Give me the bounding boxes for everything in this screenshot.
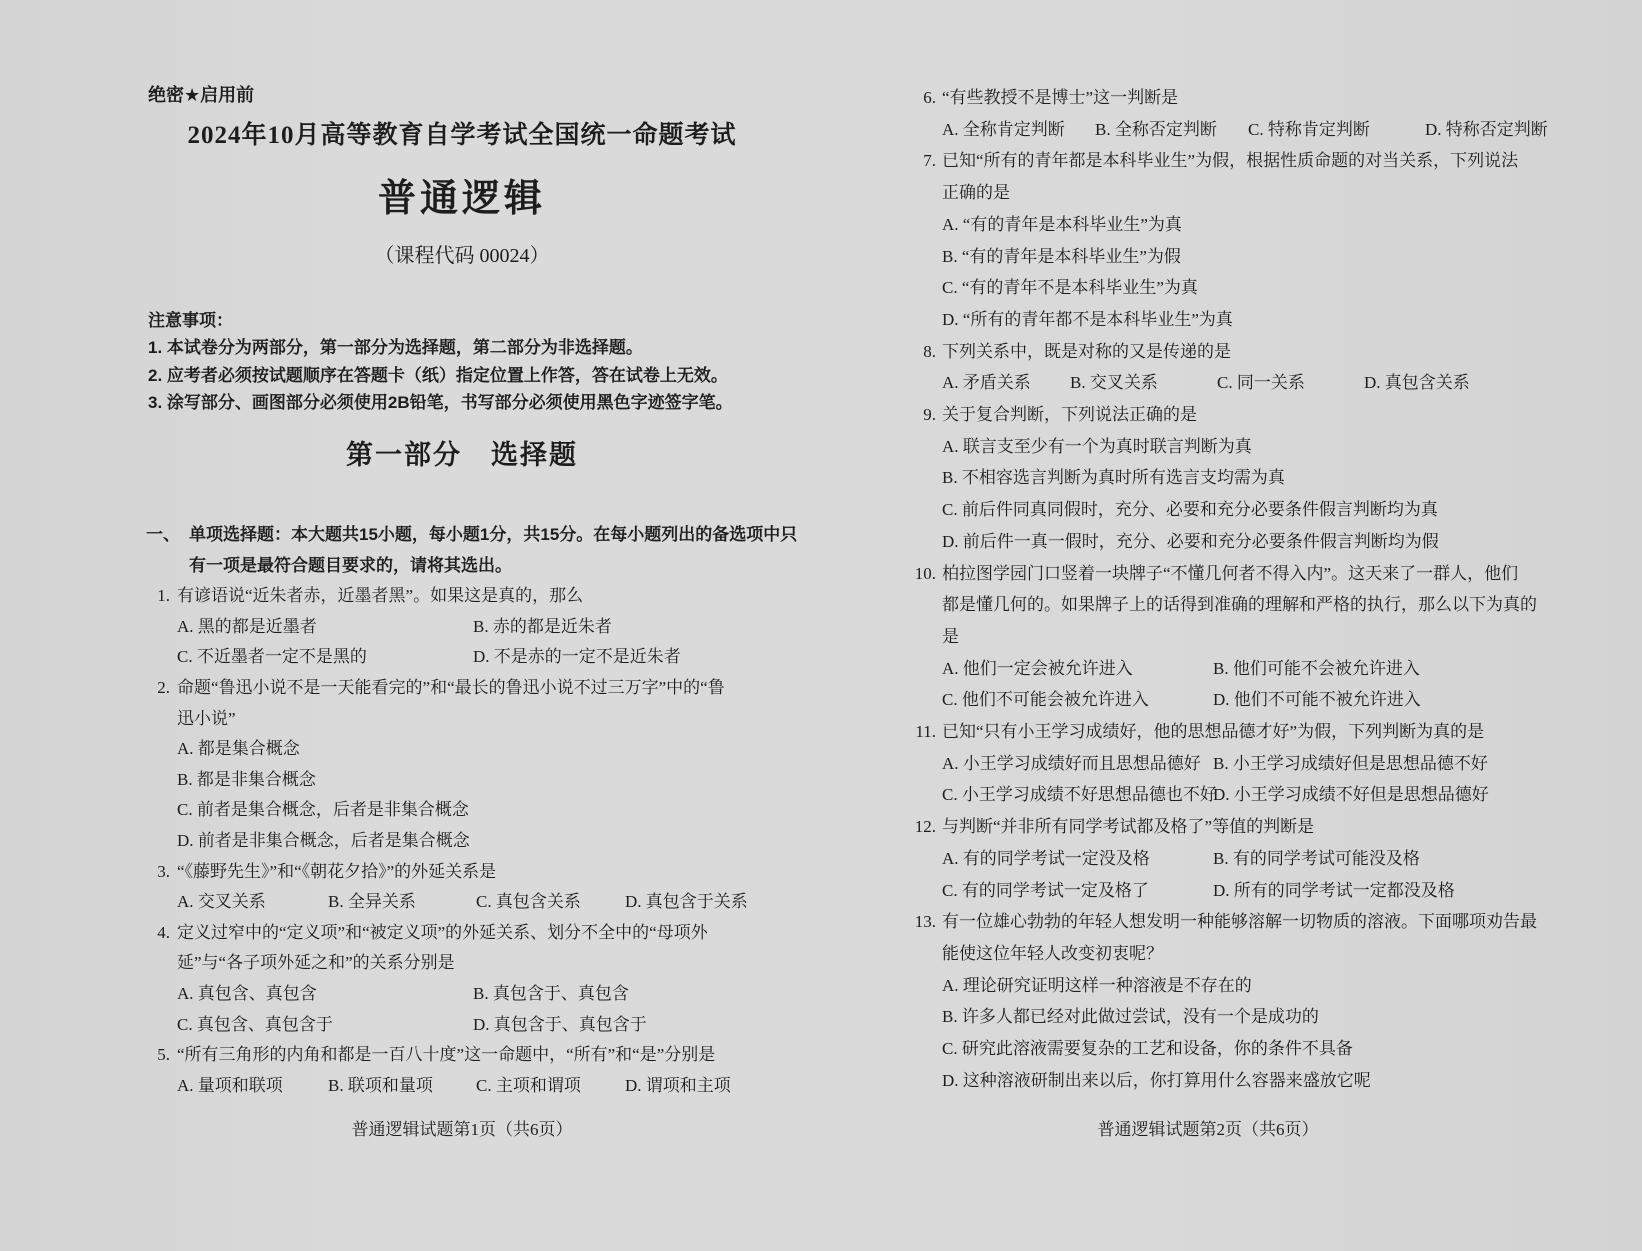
option: A. “有的青年是本科毕业生”为真 — [942, 209, 1508, 241]
option: C. 研究此溶液需要复杂的工艺和设备，你的条件不具备 — [942, 1033, 1508, 1065]
question: 4.定义过窄中的“定义项”和“被定义项”的外延关系、划分不全中的“母项外延”与“… — [146, 918, 778, 1040]
option: D. 这种溶液研制出来以后，你打算用什么容器来盛放它呢 — [942, 1065, 1508, 1097]
option: D. 小王学习成绩不好但是思想品德好 — [1213, 779, 1508, 811]
question-body: 柏拉图学园门口竖着一块牌子“不懂几何者不得入内”。这天来了一群人，他们都是懂几何… — [942, 558, 1508, 717]
notice-item: 2. 应考者必须按试题顺序在答题卡（纸）指定位置上作答，答在试卷上无效。 — [148, 362, 733, 389]
option-row: A. 理论研究证明这样一种溶液是不存在的B. 许多人都已经对此做过尝试，没有一个… — [942, 970, 1508, 1097]
course-code: （课程代码 00024） — [146, 240, 778, 272]
question-line: 能使这位年轻人改变初衷呢？ — [942, 938, 1508, 970]
option: D. 真包含于关系 — [625, 887, 778, 918]
option: A. 小王学习成绩好而且思想品德好 — [942, 748, 1213, 780]
option: B. 有的同学考试可能没及格 — [1213, 843, 1508, 875]
option: A. 都是集合概念 — [177, 734, 778, 765]
question-body: 与判断“并非所有同学考试都及格了”等值的判断是A. 有的同学考试一定没及格B. … — [942, 811, 1508, 906]
option: D. 真包含关系 — [1364, 367, 1508, 399]
question-line: 是 — [942, 621, 1508, 653]
question: 6.“有些教授不是博士”这一判断是A. 全称肯定判断B. 全称否定判断C. 特称… — [908, 82, 1508, 145]
question: 3.“《藤野先生》”和“《朝花夕拾》”的外延关系是A. 交叉关系B. 全异关系C… — [146, 857, 778, 918]
option: A. 量项和联项 — [177, 1071, 328, 1102]
option: C. 小王学习成绩不好思想品德也不好 — [942, 779, 1213, 811]
questions-right: 6.“有些教授不是博士”这一判断是A. 全称肯定判断B. 全称否定判断C. 特称… — [908, 82, 1508, 1097]
option-row: A. 矛盾关系B. 交叉关系C. 同一关系D. 真包含关系 — [942, 367, 1508, 399]
notice-item: 3. 涂写部分、画图部分必须使用2B铅笔，书写部分必须使用黑色字迹签字笔。 — [148, 389, 733, 416]
option: C. 主项和谓项 — [476, 1071, 625, 1102]
option: A. 真包含、真包含 — [177, 979, 473, 1010]
scanned-exam-paper: { "colors": { "background": "#d8d8d8", "… — [0, 0, 1642, 1251]
option: B. 全称否定判断 — [1095, 114, 1248, 146]
option: D. 前者是非集合概念，后者是集合概念 — [177, 826, 778, 857]
option: C. 特称肯定判断 — [1248, 114, 1425, 146]
question: 9.关于复合判断，下列说法正确的是A. 联言支至少有一个为真时联言判断为真B. … — [908, 399, 1508, 558]
option: B. 都是非集合概念 — [177, 765, 778, 796]
part-one-heading: 第一部分 选择题 — [146, 437, 778, 473]
question-line: 延”与“各子项外延之和”的关系分别是 — [177, 948, 778, 979]
question-line: 已知“所有的青年都是本科毕业生”为假，根据性质命题的对当关系，下列说法 — [942, 145, 1508, 177]
section-intro-line: 有一项是最符合题目要求的，请将其选出。 — [189, 551, 797, 582]
question-body: 关于复合判断，下列说法正确的是A. 联言支至少有一个为真时联言判断为真B. 不相… — [942, 399, 1508, 558]
option: C. “有的青年不是本科毕业生”为真 — [942, 272, 1508, 304]
question-body: 有一位雄心勃勃的年轻人想发明一种能够溶解一切物质的溶液。下面哪项劝告最能使这位年… — [942, 906, 1508, 1096]
question-line: 迅小说” — [177, 704, 778, 735]
question-line: 命题“鲁迅小说不是一天能看完的”和“最长的鲁迅小说不过三万字”中的“鲁 — [177, 673, 778, 704]
question-body: 下列关系中，既是对称的又是传递的是A. 矛盾关系B. 交叉关系C. 同一关系D.… — [942, 336, 1508, 399]
option-row: C. 小王学习成绩不好思想品德也不好D. 小王学习成绩不好但是思想品德好 — [942, 779, 1508, 811]
question-number: 11. — [908, 716, 942, 811]
question-body: 有谚语说“近朱者赤，近墨者黑”。如果这是真的，那么A. 黑的都是近墨者B. 赤的… — [177, 581, 778, 673]
question-number: 5. — [146, 1040, 177, 1101]
option: B. 小王学习成绩好但是思想品德不好 — [1213, 748, 1508, 780]
option-row: C. 他们不可能会被允许进入D. 他们不可能不被允许进入 — [942, 684, 1508, 716]
option: B. 不相容选言判断为真时所有选言支均需为真 — [942, 462, 1508, 494]
notice-heading: 注意事项： — [148, 307, 733, 334]
option: C. 有的同学考试一定及格了 — [942, 875, 1213, 907]
option: D. 前后件一真一假时，充分、必要和充分必要条件假言判断均为假 — [942, 526, 1508, 558]
option-row: C. 真包含、真包含于D. 真包含于、真包含于 — [177, 1010, 778, 1041]
question: 1.有谚语说“近朱者赤，近墨者黑”。如果这是真的，那么A. 黑的都是近墨者B. … — [146, 581, 778, 673]
option-row: A. 黑的都是近墨者B. 赤的都是近朱者 — [177, 612, 778, 643]
page-1: 绝密★启用前 2024年10月高等教育自学考试全国统一命题考试 普通逻辑 （课程… — [146, 0, 778, 1251]
question-body: “《藤野先生》”和“《朝花夕拾》”的外延关系是A. 交叉关系B. 全异关系C. … — [177, 857, 778, 918]
option: A. 他们一定会被允许进入 — [942, 653, 1213, 685]
option-row: C. 不近墨者一定不是黑的D. 不是赤的一定不是近朱者 — [177, 642, 778, 673]
question-body: “所有三角形的内角和都是一百八十度”这一命题中，“所有”和“是”分别是A. 量项… — [177, 1040, 778, 1101]
question-number: 8. — [908, 336, 942, 399]
question-number: 10. — [908, 558, 942, 717]
option-row: A. 量项和联项B. 联项和量项C. 主项和谓项D. 谓项和主项 — [177, 1071, 778, 1102]
question: 8.下列关系中，既是对称的又是传递的是A. 矛盾关系B. 交叉关系C. 同一关系… — [908, 336, 1508, 399]
question-body: 已知“只有小王学习成绩好，他的思想品德才好”为假，下列判断为真的是A. 小王学习… — [942, 716, 1508, 811]
notice-block: 注意事项： 1. 本试卷分为两部分，第一部分为选择题，第二部分为非选择题。 2.… — [148, 307, 733, 417]
page-footer: 普通逻辑试题第1页（共6页） — [146, 1116, 778, 1144]
question-line: “所有三角形的内角和都是一百八十度”这一命题中，“所有”和“是”分别是 — [177, 1040, 778, 1071]
question-list: 6.“有些教授不是博士”这一判断是A. 全称肯定判断B. 全称否定判断C. 特称… — [908, 82, 1508, 1097]
option: D. 所有的同学考试一定都没及格 — [1213, 875, 1508, 907]
option: A. 矛盾关系 — [942, 367, 1070, 399]
question: 11.已知“只有小王学习成绩好，他的思想品德才好”为假，下列判断为真的是A. 小… — [908, 716, 1508, 811]
question: 12.与判断“并非所有同学考试都及格了”等值的判断是A. 有的同学考试一定没及格… — [908, 811, 1508, 906]
option: B. 交叉关系 — [1070, 367, 1217, 399]
question-list: 1.有谚语说“近朱者赤，近墨者黑”。如果这是真的，那么A. 黑的都是近墨者B. … — [146, 581, 778, 1101]
question: 13.有一位雄心勃勃的年轻人想发明一种能够溶解一切物质的溶液。下面哪项劝告最能使… — [908, 906, 1508, 1096]
option: B. 真包含于、真包含 — [473, 979, 778, 1010]
option: C. 真包含、真包含于 — [177, 1010, 473, 1041]
option: C. 前后件同真同假时，充分、必要和充分必要条件假言判断均为真 — [942, 494, 1508, 526]
option-row: A. 有的同学考试一定没及格B. 有的同学考试可能没及格 — [942, 843, 1508, 875]
question-line: 关于复合判断，下列说法正确的是 — [942, 399, 1508, 431]
option-row: A. 交叉关系B. 全异关系C. 真包含关系D. 真包含于关系 — [177, 887, 778, 918]
question-number: 2. — [146, 673, 177, 857]
option-row: A. 都是集合概念B. 都是非集合概念C. 前者是集合概念，后者是非集合概念D.… — [177, 734, 778, 856]
question-line: 有谚语说“近朱者赤，近墨者黑”。如果这是真的，那么 — [177, 581, 778, 612]
option: D. 真包含于、真包含于 — [473, 1010, 778, 1041]
question-line: 与判断“并非所有同学考试都及格了”等值的判断是 — [942, 811, 1508, 843]
option: A. 有的同学考试一定没及格 — [942, 843, 1213, 875]
option: A. 交叉关系 — [177, 887, 328, 918]
question-number: 3. — [146, 857, 177, 918]
exam-title: 2024年10月高等教育自学考试全国统一命题考试 — [146, 118, 778, 154]
option-row: A. 真包含、真包含B. 真包含于、真包含 — [177, 979, 778, 1010]
question-number: 9. — [908, 399, 942, 558]
question: 2.命题“鲁迅小说不是一天能看完的”和“最长的鲁迅小说不过三万字”中的“鲁迅小说… — [146, 673, 778, 857]
question: 5.“所有三角形的内角和都是一百八十度”这一命题中，“所有”和“是”分别是A. … — [146, 1040, 778, 1101]
option-row: A. 他们一定会被允许进入B. 他们可能不会被允许进入 — [942, 653, 1508, 685]
section-intro-body: 单项选择题：本大题共15小题，每小题1分，共15分。在每小题列出的备选项中只 有… — [189, 520, 797, 581]
question-line: 都是懂几何的。如果牌子上的话得到准确的理解和严格的执行，那么以下为真的 — [942, 589, 1508, 621]
option-row: C. 有的同学考试一定及格了D. 所有的同学考试一定都没及格 — [942, 875, 1508, 907]
option: D. “所有的青年都不是本科毕业生”为真 — [942, 304, 1508, 336]
option: D. 不是赤的一定不是近朱者 — [473, 642, 778, 673]
section-intro-line: 单项选择题：本大题共15小题，每小题1分，共15分。在每小题列出的备选项中只 — [189, 520, 797, 551]
notice-item: 1. 本试卷分为两部分，第一部分为选择题，第二部分为非选择题。 — [148, 334, 733, 361]
option: C. 同一关系 — [1217, 367, 1364, 399]
section-intro-number: 一、 — [146, 520, 189, 581]
option: D. 特称否定判断 — [1425, 114, 1548, 146]
option: B. 赤的都是近朱者 — [473, 612, 778, 643]
option-row: A. 小王学习成绩好而且思想品德好B. 小王学习成绩好但是思想品德不好 — [942, 748, 1508, 780]
question-body: 命题“鲁迅小说不是一天能看完的”和“最长的鲁迅小说不过三万字”中的“鲁迅小说”A… — [177, 673, 778, 857]
option-row: A. “有的青年是本科毕业生”为真B. “有的青年是本科毕业生”为假C. “有的… — [942, 209, 1508, 336]
question-line: 定义过窄中的“定义项”和“被定义项”的外延关系、划分不全中的“母项外 — [177, 918, 778, 949]
option: D. 谓项和主项 — [625, 1071, 778, 1102]
question-number: 13. — [908, 906, 942, 1096]
secret-label: 绝密★启用前 — [148, 84, 254, 106]
option: A. 联言支至少有一个为真时联言判断为真 — [942, 431, 1508, 463]
section-intro: 一、 单项选择题：本大题共15小题，每小题1分，共15分。在每小题列出的备选项中… — [146, 520, 778, 581]
option: B. 他们可能不会被允许进入 — [1213, 653, 1508, 685]
option: A. 黑的都是近墨者 — [177, 612, 473, 643]
question-number: 6. — [908, 82, 942, 145]
question-line: 下列关系中，既是对称的又是传递的是 — [942, 336, 1508, 368]
option: C. 他们不可能会被允许进入 — [942, 684, 1213, 716]
question-number: 4. — [146, 918, 177, 1040]
question-number: 1. — [146, 581, 177, 673]
option: A. 理论研究证明这样一种溶液是不存在的 — [942, 970, 1508, 1002]
question-line: 已知“只有小王学习成绩好，他的思想品德才好”为假，下列判断为真的是 — [942, 716, 1508, 748]
question-line: “有些教授不是博士”这一判断是 — [942, 82, 1508, 114]
option: D. 他们不可能不被允许进入 — [1213, 684, 1508, 716]
option: B. 全异关系 — [328, 887, 476, 918]
page-footer: 普通逻辑试题第2页（共6页） — [908, 1116, 1508, 1144]
question-body: 定义过窄中的“定义项”和“被定义项”的外延关系、划分不全中的“母项外延”与“各子… — [177, 918, 778, 1040]
page-2: 6.“有些教授不是博士”这一判断是A. 全称肯定判断B. 全称否定判断C. 特称… — [908, 0, 1508, 1251]
paper-title: 普通逻辑 — [146, 172, 778, 226]
question-number: 7. — [908, 145, 942, 335]
option-row: A. 联言支至少有一个为真时联言判断为真B. 不相容选言判断为真时所有选言支均需… — [942, 431, 1508, 558]
question-line: “《藤野先生》”和“《朝花夕拾》”的外延关系是 — [177, 857, 778, 888]
question: 10.柏拉图学园门口竖着一块牌子“不懂几何者不得入内”。这天来了一群人，他们都是… — [908, 558, 1508, 717]
question: 7.已知“所有的青年都是本科毕业生”为假，根据性质命题的对当关系，下列说法正确的… — [908, 145, 1508, 335]
question-line: 正确的是 — [942, 177, 1508, 209]
question-body: “有些教授不是博士”这一判断是A. 全称肯定判断B. 全称否定判断C. 特称肯定… — [942, 82, 1508, 145]
option-row: A. 全称肯定判断B. 全称否定判断C. 特称肯定判断D. 特称否定判断 — [942, 114, 1508, 146]
questions-left: 一、 单项选择题：本大题共15小题，每小题1分，共15分。在每小题列出的备选项中… — [146, 520, 778, 1101]
option: B. “有的青年是本科毕业生”为假 — [942, 241, 1508, 273]
option: C. 真包含关系 — [476, 887, 625, 918]
option: A. 全称肯定判断 — [942, 114, 1095, 146]
question-number: 12. — [908, 811, 942, 906]
question-body: 已知“所有的青年都是本科毕业生”为假，根据性质命题的对当关系，下列说法正确的是A… — [942, 145, 1508, 335]
option: C. 前者是集合概念，后者是非集合概念 — [177, 795, 778, 826]
option: C. 不近墨者一定不是黑的 — [177, 642, 473, 673]
option: B. 联项和量项 — [328, 1071, 476, 1102]
option: B. 许多人都已经对此做过尝试，没有一个是成功的 — [942, 1001, 1508, 1033]
question-line: 有一位雄心勃勃的年轻人想发明一种能够溶解一切物质的溶液。下面哪项劝告最 — [942, 906, 1508, 938]
question-line: 柏拉图学园门口竖着一块牌子“不懂几何者不得入内”。这天来了一群人，他们 — [942, 558, 1508, 590]
